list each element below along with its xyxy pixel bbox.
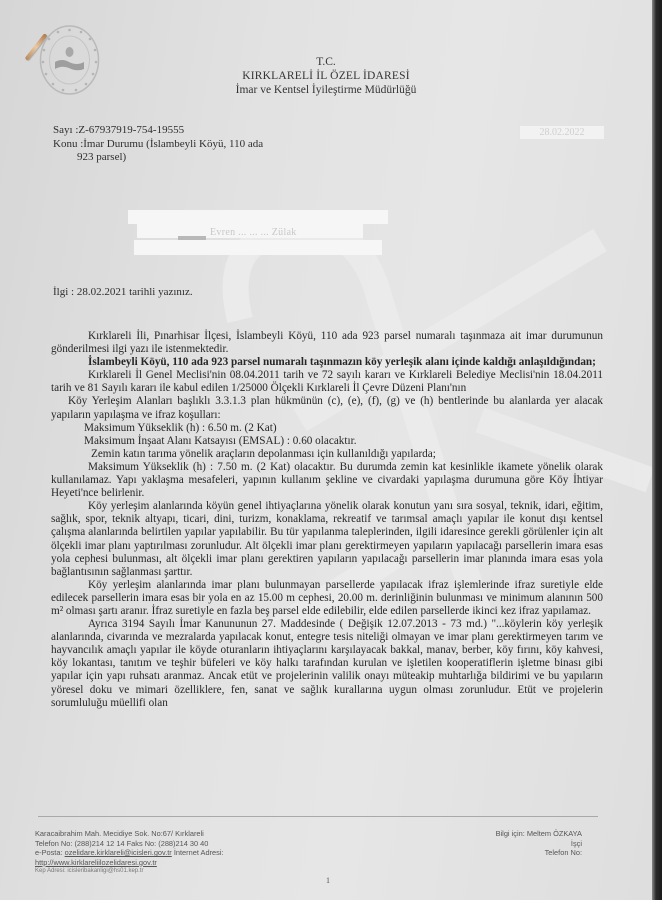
paragraph-bold: İslambeyli Köyü, 110 ada 923 parsel numa… (51, 356, 603, 369)
info-title: İşçi (496, 839, 582, 849)
email-link[interactable]: ozelidare.kirklareli@icisleri.gov.tr (65, 848, 172, 857)
footer-info: Bilgi için: Meltem ÖZKAYA İşçi Telefon N… (496, 829, 582, 858)
bold-text: İslambeyli Köyü, 110 ada 923 parsel numa… (88, 356, 596, 368)
redaction-bar (134, 240, 382, 255)
kep-address: Kep Adresi: icisleribakanligi@hs01.kep.t… (35, 867, 224, 877)
letter-body: Kırklareli İli, Pınarhisar İlçesi, İslam… (51, 330, 603, 710)
sayi-value: :Z-67937919-754-19555 (75, 124, 184, 136)
info-contact: Bilgi için: Meltem ÖZKAYA (496, 829, 582, 839)
paragraph: Köy yerleşim alanlarında imar planı bulu… (51, 579, 603, 618)
footer-phone: Telefon No: (288)214 12 14 Faks No: (288… (35, 839, 224, 849)
document-date: 28.02.2022 (520, 126, 604, 139)
department-name: İmar ve Kentsel İyileştirme Müdürlüğü (0, 83, 652, 97)
konu-row: Konu :İmar Durumu (İslambeyli Köyü, 110 … (53, 138, 263, 152)
recipient-redacted: Evren ... ... ... Zülak (210, 227, 297, 238)
redaction-mark (178, 236, 206, 240)
letterhead: T.C. KIRKLARELİ İL ÖZEL İDARESİ İmar ve … (0, 55, 652, 97)
footer-contact: Karacaibrahim Mah. Mecidiye Sok. No:67/ … (35, 829, 224, 877)
footer-divider (38, 816, 598, 817)
internet-label: İnternet Adresi: (174, 848, 224, 857)
country-label: T.C. (0, 55, 652, 69)
paragraph: Köy yerleşim alanlarında köyün genel iht… (51, 500, 603, 579)
reference-line: İlgi : 28.02.2021 tarihli yazınız. (53, 286, 193, 298)
document-page: T.C. KIRKLARELİ İL ÖZEL İDARESİ İmar ve … (0, 0, 652, 900)
paragraph: Kırklareli İli, Pınarhisar İlçesi, İslam… (51, 330, 603, 356)
paragraph: Maksimum İnşaat Alanı Katsayısı (EMSAL) … (51, 435, 603, 448)
sayi-row: Sayı :Z-67937919-754-19555 (53, 124, 263, 138)
konu-value: :İmar Durumu (İslambeyli Köyü, 110 ada (80, 138, 263, 150)
document-meta: Sayı :Z-67937919-754-19555 Konu :İmar Du… (53, 124, 263, 165)
konu-continuation: 923 parsel) (53, 151, 263, 165)
paragraph: Kırklareli İl Genel Meclisi'nin 08.04.20… (51, 369, 603, 395)
email-label: e-Posta: (35, 848, 63, 857)
paragraph: Köy Yerleşim Alanları başlıklı 3.3.1.3 p… (51, 395, 603, 421)
info-phone-label: Telefon No: (496, 848, 582, 858)
konu-label: Konu (53, 138, 77, 150)
page-edge-shadow (652, 0, 662, 900)
paragraph: Maksimum Yükseklik (h) : 6.50 m. (2 Kat) (51, 422, 603, 435)
page-number: 1 (326, 876, 330, 885)
footer-address: Karacaibrahim Mah. Mecidiye Sok. No:67/ … (35, 829, 224, 839)
paragraph: Maksimum Yükseklik (h) : 7.50 m. (2 Kat)… (51, 461, 603, 500)
website-link[interactable]: http://www.kirklareliilozelidaresi.gov.t… (35, 858, 157, 867)
institution-name: KIRKLARELİ İL ÖZEL İDARESİ (0, 69, 652, 83)
footer-email-row: e-Posta: ozelidare.kirklareli@icisleri.g… (35, 848, 224, 858)
paragraph: Ayrıca 3194 Sayılı İmar Kanununun 27. Ma… (51, 618, 603, 710)
sayi-label: Sayı (53, 124, 73, 136)
paragraph: Zemin katın tarıma yönelik araçların dep… (51, 448, 603, 461)
